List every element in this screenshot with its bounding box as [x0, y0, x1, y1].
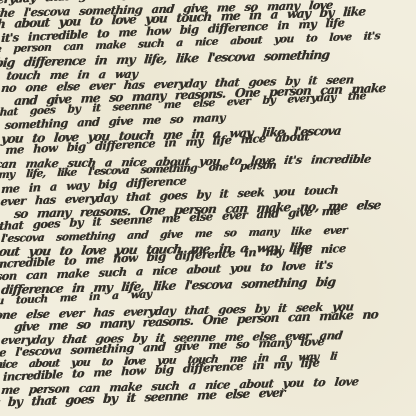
handwriting-lines: everyday that goes by it seenne me else … [0, 0, 416, 410]
handwriting-pattern-background: everyday that goes by it seenne me else … [0, 0, 416, 416]
